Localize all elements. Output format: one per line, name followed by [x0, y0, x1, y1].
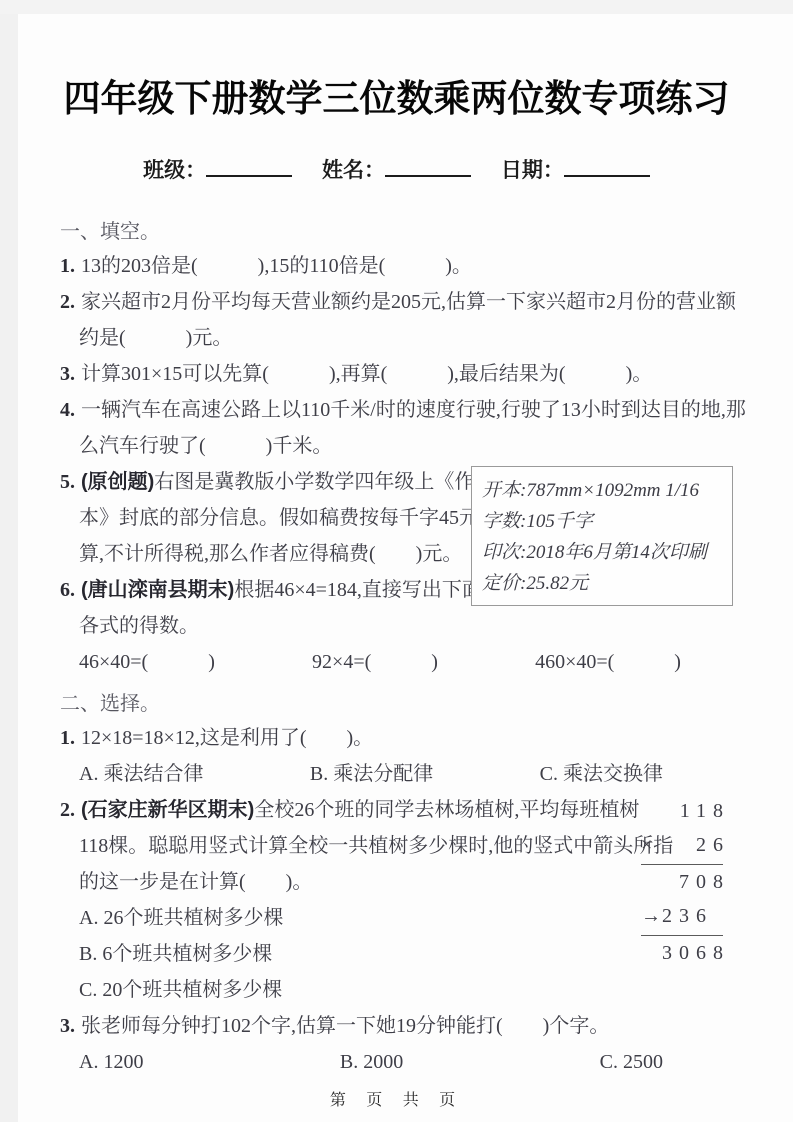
q-number: 4.	[60, 399, 75, 421]
s2-q3-options-row: A. 1200 B. 2000 C. 2500	[60, 1044, 733, 1080]
equation-2: 92×4=( )	[312, 644, 438, 680]
product: 3068	[662, 942, 730, 964]
multiplicand: 118	[680, 800, 730, 822]
page-title: 四年级下册数学三位数乘两位数专项练习	[30, 68, 763, 122]
q6-source-tag: (唐山滦南县期末)	[81, 579, 234, 601]
q-text: 张老师每分钟打102个字,估算一下她19分钟能打( )个字。	[81, 1015, 609, 1037]
option-c: C. 乘法交换律	[540, 756, 663, 792]
q-text: 一辆汽车在高速公路上以110千米/时的速度行驶,行驶了13小时到达目的地,那	[81, 399, 746, 421]
q-text: 12×18=18×12,这是利用了( )。	[81, 727, 373, 749]
multiplicand-row: 118	[641, 794, 723, 828]
q-number: 2.	[60, 291, 75, 313]
partial-product-2: 236	[662, 905, 713, 927]
multiplier: 26	[696, 828, 730, 862]
q-text: 全校26个班的同学去林场植树,平均每班植树	[254, 799, 639, 821]
option-b: B. 乘法分配律	[310, 756, 433, 792]
q-text: 右图是冀教版小学数学四年级上《作业	[154, 471, 494, 493]
s2-q2-option-a: A. 26个班共植树多少棵	[60, 900, 733, 936]
option-b: B. 2000	[340, 1044, 403, 1080]
equation-3: 460×40=( )	[535, 644, 681, 680]
q-number: 2.	[60, 799, 75, 821]
class-blank-line	[206, 171, 292, 177]
worksheet-body: 一、填空。 1.13的203倍是( ),15的110倍是( )。 2.家兴超市2…	[60, 216, 733, 1080]
s2-q2-line2: 118棵。聪聪用竖式计算全校一共植树多少棵时,他的竖式中箭头所指	[60, 828, 733, 864]
s2-q3-line: 3.张老师每分钟打102个字,估算一下她19分钟能打( )个字。	[60, 1008, 733, 1044]
q5-source-tag: (原创题)	[81, 471, 154, 493]
s2-q2-option-c: C. 20个班共植树多少棵	[60, 972, 733, 1008]
multiply-sign: ×	[641, 828, 652, 862]
q-number: 1.	[60, 255, 75, 277]
section2-heading: 二、选择。	[60, 688, 733, 720]
s2-q2-block: 2.(石家庄新华区期末)全校26个班的同学去林场植树,平均每班植树 118棵。聪…	[60, 792, 733, 1008]
name-field: 姓名：	[322, 159, 471, 182]
q-number: 6.	[60, 579, 75, 601]
scan-edge-top	[0, 0, 793, 14]
book-info-box: 开本:787mm×1092mm 1/16 字数:105千字 印次:2018年6月…	[471, 466, 733, 606]
option-c: C. 2500	[600, 1044, 663, 1080]
book-printing-line: 印次:2018年6月第14次印刷	[482, 537, 726, 568]
partial-product-1: 708	[679, 871, 730, 893]
q-text: 家兴超市2月份平均每天营业额约是205元,估算一下家兴超市2月份的营业额	[81, 291, 736, 313]
equation-1: 46×40=( )	[79, 644, 215, 680]
q-number: 3.	[60, 1015, 75, 1037]
book-price-line: 定价:25.82元	[482, 568, 726, 599]
vertical-multiplication: 118 ×26 708 →236 3068	[641, 794, 723, 970]
q-number: 5.	[60, 471, 75, 493]
partial-product-1-row: 708	[641, 865, 723, 899]
s2-q1-line: 1.12×18=18×12,这是利用了( )。	[60, 720, 733, 756]
s1-q5-line2: 本》封底的部分信息。假如稿费按每千字45元计	[60, 500, 471, 536]
s2-q1-options-row: A. 乘法结合律 B. 乘法分配律 C. 乘法交换律	[60, 756, 733, 792]
s1-q2-line2: 约是( )元。	[60, 320, 733, 356]
q-number: 1.	[60, 727, 75, 749]
class-field: 班级：	[143, 159, 292, 182]
s1-q2-line1: 2.家兴超市2月份平均每天营业额约是205元,估算一下家兴超市2月份的营业额	[60, 284, 733, 320]
date-field: 日期：	[501, 159, 650, 182]
s2-q2-line1: 2.(石家庄新华区期末)全校26个班的同学去林场植树,平均每班植树	[60, 792, 733, 828]
partial-product-2-row: →236	[641, 899, 723, 936]
date-blank-line	[564, 171, 650, 177]
q-text: 根据46×4=184,直接写出下面	[234, 579, 482, 601]
name-label: 姓名：	[322, 159, 385, 182]
class-label: 班级：	[143, 159, 206, 182]
worksheet-page: 四年级下册数学三位数乘两位数专项练习 班级： 姓名： 日期： 一、填空。 1.1…	[0, 0, 793, 1122]
s1-q1-line: 1.13的203倍是( ),15的110倍是( )。	[60, 248, 733, 284]
page-footer: 第 页 共 页	[0, 1087, 793, 1110]
date-label: 日期：	[501, 159, 564, 182]
q-text: 计算301×15可以先算( ),再算( ),最后结果为( )。	[81, 363, 652, 385]
student-info-row: 班级： 姓名： 日期：	[0, 154, 793, 184]
q5-q6-text-column: 5.(原创题)右图是冀教版小学数学四年级上《作业 本》封底的部分信息。假如稿费按…	[60, 464, 471, 608]
q6-equations-row: 46×40=( ) 92×4=( ) 460×40=( )	[60, 644, 733, 680]
s1-q5-line3: 算,不计所得税,那么作者应得稿费( )元。	[60, 536, 471, 572]
name-blank-line	[385, 171, 471, 177]
q2-source-tag: (石家庄新华区期末)	[81, 799, 254, 821]
option-a: A. 1200	[79, 1044, 143, 1080]
s1-q6-line2: 各式的得数。	[60, 608, 733, 644]
q-number: 3.	[60, 363, 75, 385]
section1-heading: 一、填空。	[60, 216, 733, 248]
s1-q3-line: 3.计算301×15可以先算( ),再算( ),最后结果为( )。	[60, 356, 733, 392]
multiplier-row: ×26	[641, 828, 723, 865]
s1-q4-line2: 么汽车行驶了( )千米。	[60, 428, 733, 464]
s1-q4-line1: 4.一辆汽车在高速公路上以110千米/时的速度行驶,行驶了13小时到达目的地,那	[60, 392, 733, 428]
product-row: 3068	[641, 936, 723, 970]
q-text: 13的203倍是( ),15的110倍是( )。	[81, 255, 472, 277]
book-format-line: 开本:787mm×1092mm 1/16	[482, 475, 726, 506]
s1-q5-line1: 5.(原创题)右图是冀教版小学数学四年级上《作业	[60, 464, 471, 500]
s1-q6-line1: 6.(唐山滦南县期末)根据46×4=184,直接写出下面	[60, 572, 471, 608]
option-a: A. 乘法结合律	[79, 756, 203, 792]
arrow-icon: →	[641, 905, 661, 927]
q5-q6-with-book-box: 5.(原创题)右图是冀教版小学数学四年级上《作业 本》封底的部分信息。假如稿费按…	[60, 464, 733, 608]
s2-q2-line3: 的这一步是在计算( )。	[60, 864, 733, 900]
book-wordcount-line: 字数:105千字	[482, 506, 726, 537]
s2-q2-option-b: B. 6个班共植树多少棵	[60, 936, 733, 972]
